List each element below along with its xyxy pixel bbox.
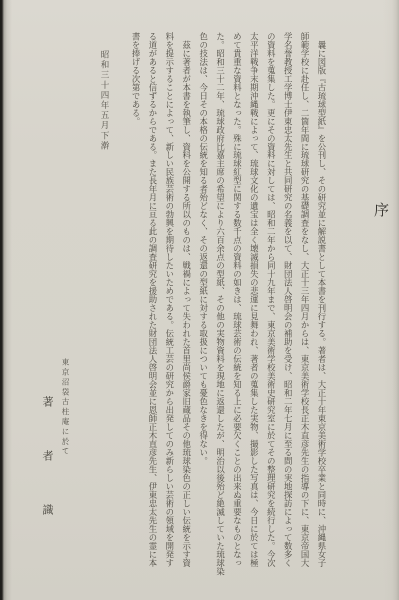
text-column: 書を捧げる次第である。 bbox=[126, 32, 143, 580]
text-column: 茲に著者が本書を執筆し、資料を公開する所以のものは、戦禍によって失われた首里尚侯… bbox=[177, 32, 194, 580]
text-column: た。昭和三十二年、琉球政府比嘉主席の希望により六百余点の型紙、その他の実物資料を… bbox=[211, 32, 228, 580]
date-line: 昭和三十四年五月下澣 bbox=[96, 50, 113, 151]
page-edge-shadow bbox=[383, 0, 399, 600]
place-line: 東京沼袋古柱庵に於て bbox=[58, 358, 72, 457]
text-column: の資料を蒐集した。更にその資料に対しては、昭和二年から同十九年まで、東京美術学校… bbox=[261, 32, 278, 580]
text-column: 料を提示することによって、新しい民族芸術の勃興を期待したいためである。伝統工芸の… bbox=[160, 32, 177, 580]
text-column: 師範学校に赴任し、二箇年間に琉球研究の基礎調査をなし、大正十三年四月からは、東京… bbox=[295, 32, 312, 580]
text-column: めて貴重な資料となった。殊に琉球紅型に関する数千点の資料の如きは、琉球芸術の伝統… bbox=[228, 32, 245, 580]
scanned-book-page: 序 曩に図版『古琉球型紙』を公刊し、その研究並に解説書として本書を刊行する。著者… bbox=[0, 0, 399, 600]
text-column: 太平洋戦争末期沖縄戦によって、琉球文化の遺宝は全く壊滅損失の悲運に見舞われ、著者… bbox=[244, 32, 261, 580]
text-column: る道があると信ずるからである。また長年月に亘る此の調査研究を援助された財団法人啓… bbox=[143, 32, 160, 580]
preface-body: 曩に図版『古琉球型紙』を公刊し、その研究並に解説書として本書を刊行する。著者は、… bbox=[126, 32, 329, 580]
binding-edge-shadow bbox=[0, 0, 12, 600]
text-column: 曩に図版『古琉球型紙』を公刊し、その研究並に解説書として本書を刊行する。著者は、… bbox=[312, 32, 329, 580]
text-column: 学名誉教授工学博士伊東忠太先生と共同研究の名義を以て、財団法人啓明会の補助を受け… bbox=[278, 32, 295, 580]
text-column: 色の技法は、今日その本格の伝統を知る者殆どなく、その返還の型紙に対する取扱につい… bbox=[194, 32, 211, 580]
author-signature: 著 者 識 bbox=[37, 396, 57, 531]
preface-title: 序 bbox=[370, 202, 391, 217]
